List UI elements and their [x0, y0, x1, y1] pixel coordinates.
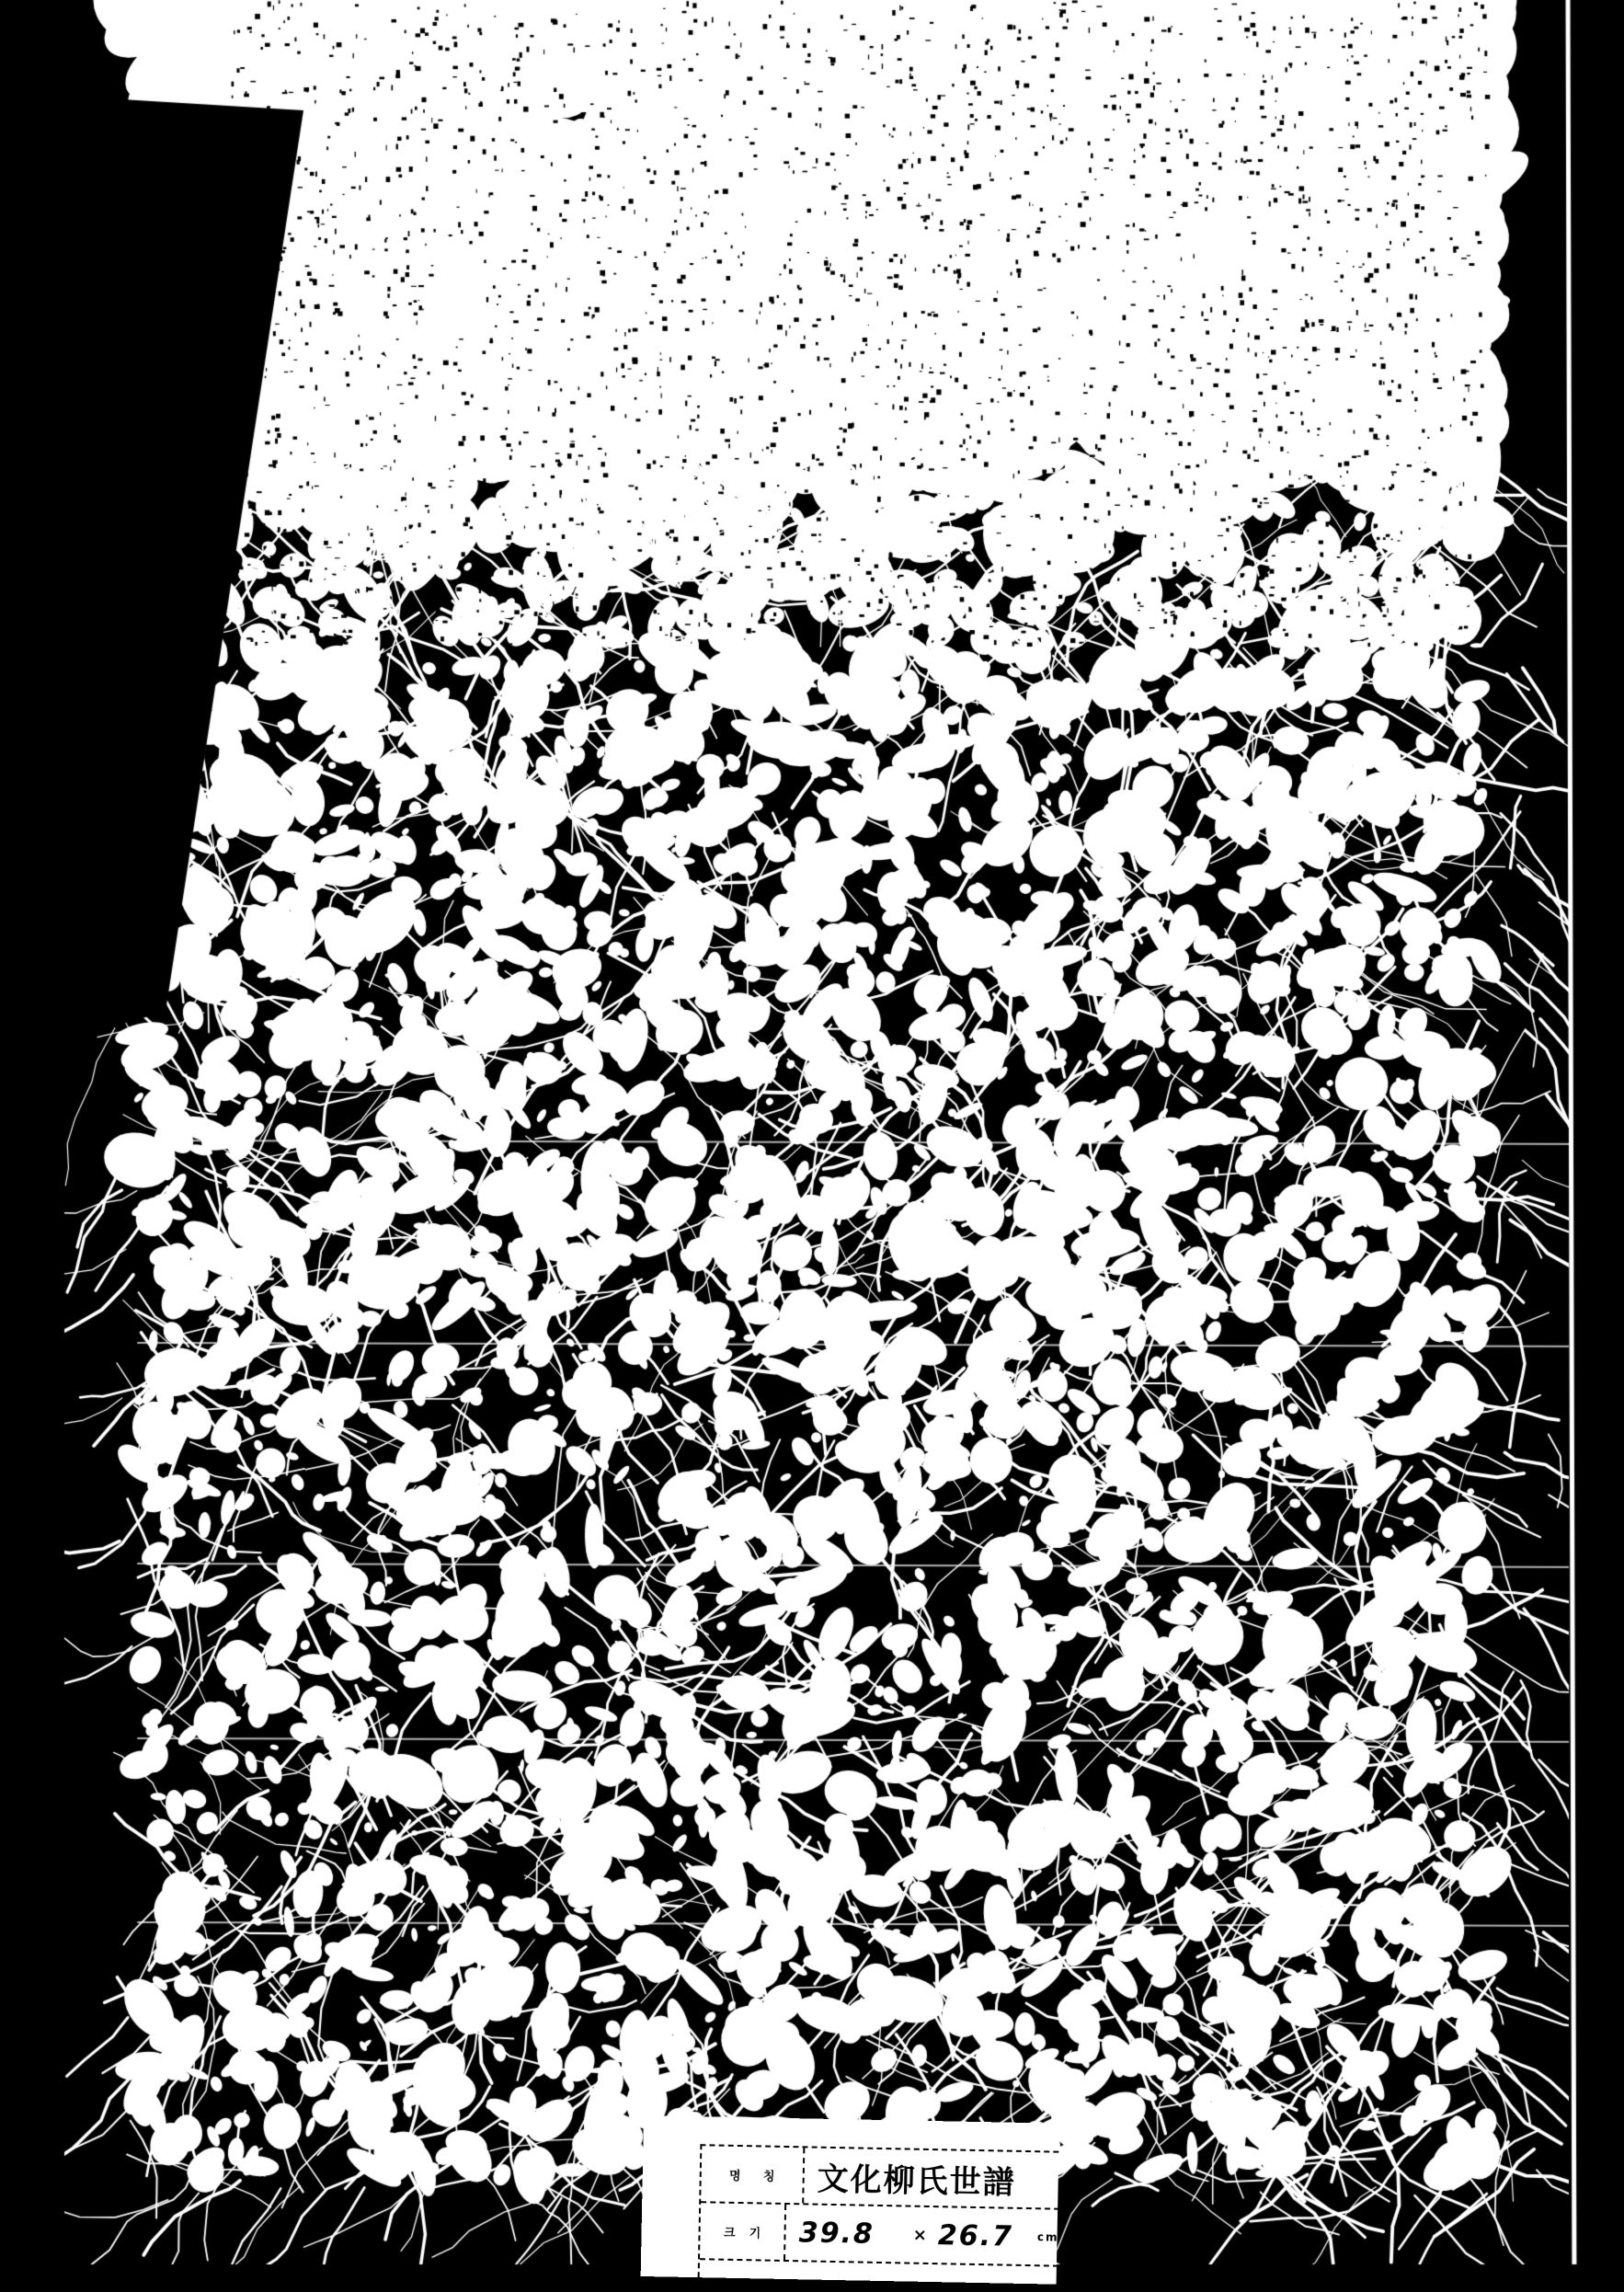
label-key-char: 명 — [729, 2165, 741, 2183]
label-key-char: 기 — [749, 2223, 761, 2240]
label-title-value: 文化柳氏世譜 — [804, 2148, 1060, 2207]
catalog-label: 명 칭 文化柳氏世譜 크 기 39.8 × 26.7 cm — [641, 2115, 1059, 2285]
size-unit: cm — [1037, 2230, 1059, 2243]
size-height: 39.8 — [798, 2217, 875, 2251]
size-separator: × — [913, 2225, 929, 2244]
label-key-char: 크 — [724, 2222, 736, 2240]
label-row-name: 명 칭 文化柳氏世譜 — [701, 2146, 1060, 2209]
label-key-name: 명 칭 — [701, 2146, 805, 2203]
label-row-size: 크 기 39.8 × 26.7 cm — [700, 2203, 1059, 2266]
label-key-size: 크 기 — [700, 2203, 786, 2260]
size-width: 26.7 — [938, 2219, 1014, 2253]
label-size-value: 39.8 × 26.7 cm — [785, 2205, 1059, 2265]
label-table: 명 칭 文化柳氏世譜 크 기 39.8 × 26.7 cm — [698, 2144, 1059, 2284]
label-key-char: 칭 — [763, 2166, 775, 2183]
book-cover-scan — [0, 0, 1624, 2292]
